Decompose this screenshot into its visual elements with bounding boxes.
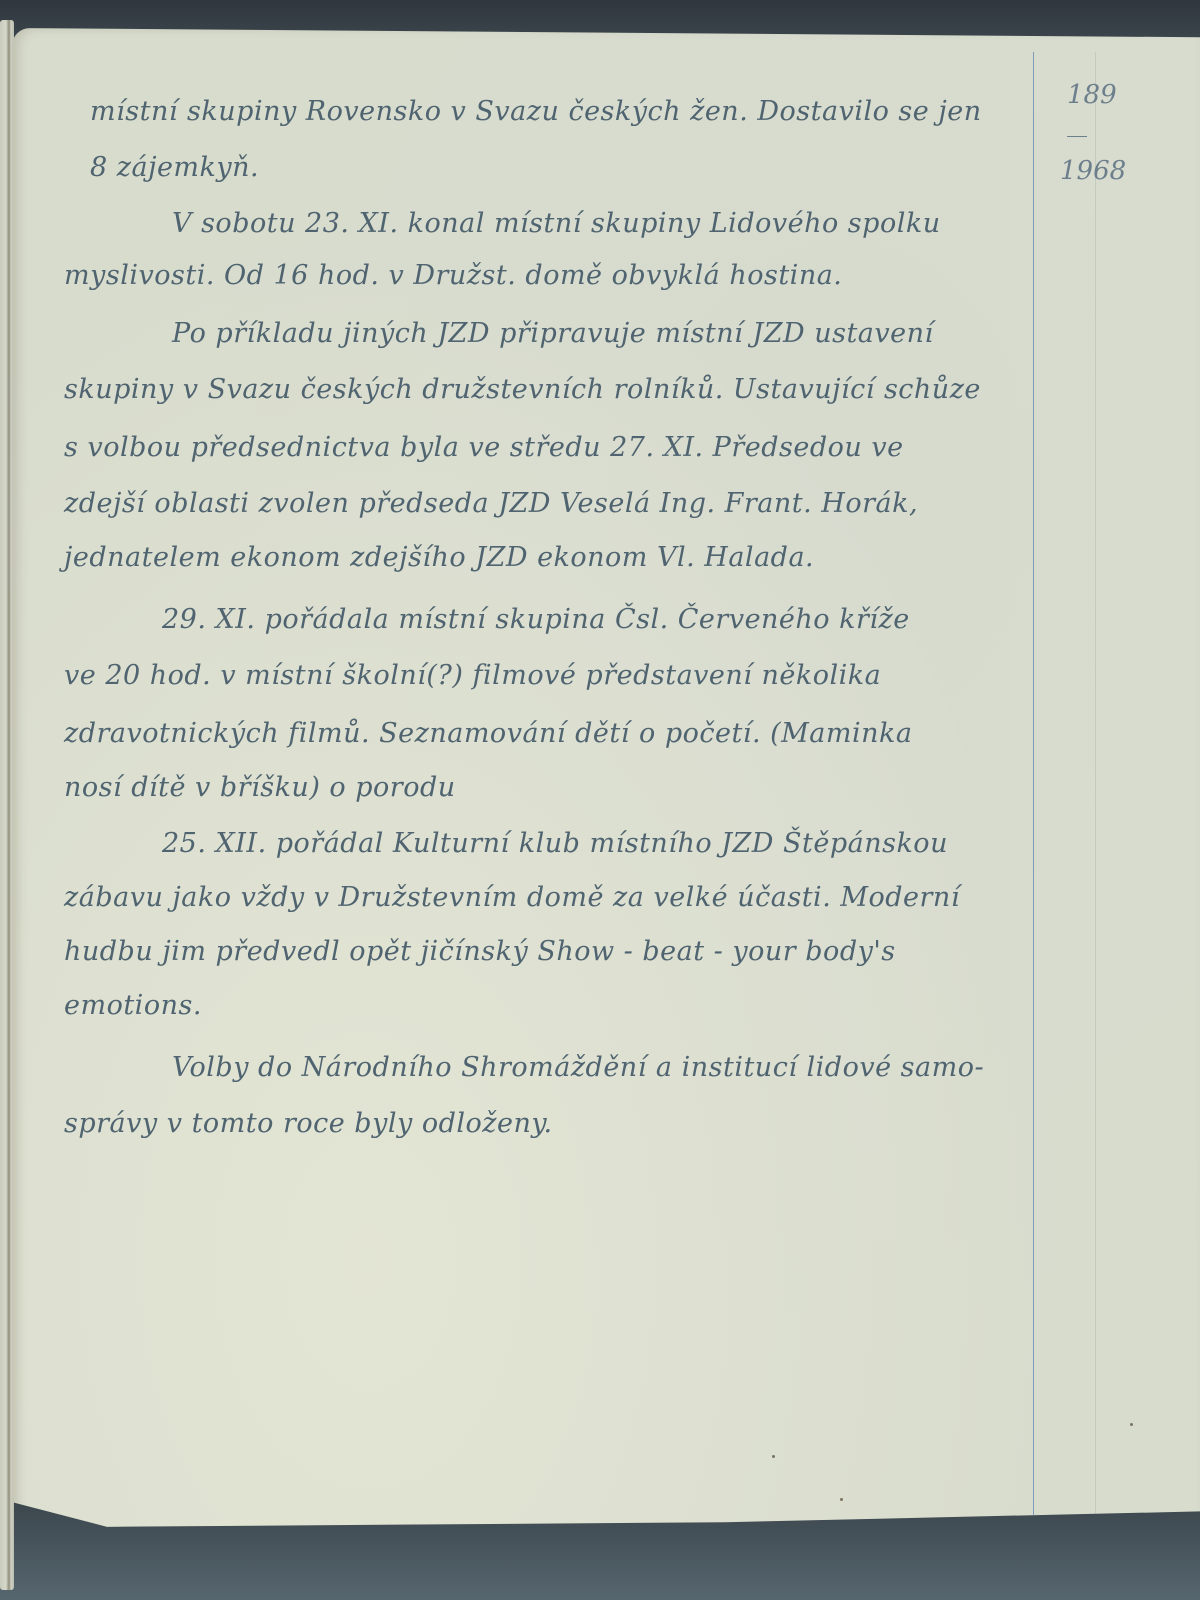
text-line-8: zdejší oblasti zvolen předseda JZD Vesel… [64, 488, 918, 519]
paper-spot [1130, 1423, 1133, 1426]
text-line-11: ve 20 hod. v místní školní(?) filmové př… [64, 660, 881, 691]
text-line-7: s volbou předsednictva byla ve středu 27… [64, 432, 904, 463]
text-line-17: emotions. [64, 990, 202, 1021]
text-line-10: 29. XI. pořádala místní skupina Čsl. Čer… [162, 604, 910, 635]
text-line-2: 8 zájemkyň. [90, 152, 259, 183]
text-line-5: Po příkladu jiných JZD připravuje místní… [172, 318, 934, 349]
text-line-1: místní skupiny Rovensko v Svazu českých … [90, 96, 982, 127]
text-line-4: myslivosti. Od 16 hod. v Družst. domě ob… [64, 260, 842, 291]
document-scan: 189 1968 místní skupiny Rovensko v Svazu… [0, 0, 1200, 1600]
text-line-14: 25. XII. pořádal Kulturní klub místního … [162, 828, 948, 859]
book-binding [0, 20, 14, 1590]
text-line-13: nosí dítě v bříšku) o porodu [64, 772, 456, 803]
text-line-15: zábavu jako vždy v Družstevním domě za v… [64, 882, 960, 913]
text-line-6: skupiny v Svazu českých družstevních rol… [64, 374, 981, 405]
margin-rule [1033, 52, 1034, 1532]
text-line-12: zdravotnických filmů. Seznamování dětí o… [64, 718, 912, 749]
chronicle-page: 189 1968 místní skupiny Rovensko v Svazu… [12, 28, 1200, 1570]
text-line-18: Volby do Národního Shromáždění a institu… [172, 1052, 984, 1083]
text-line-16: hudbu jim předvedl opět jičínský Show - … [64, 936, 896, 967]
year-note: 1968 [1060, 156, 1126, 186]
text-line-9: jednatelem ekonom zdejšího JZD ekonom Vl… [64, 542, 814, 573]
text-line-3: V sobotu 23. XI. konal místní skupiny Li… [172, 208, 941, 239]
paper-spot [840, 1498, 843, 1501]
text-line-19: správy v tomto roce byly odloženy. [64, 1108, 553, 1139]
paper-spot [772, 1455, 775, 1458]
margin-separator [1067, 136, 1087, 137]
page-number: 189 [1067, 80, 1117, 110]
faint-rule [1095, 52, 1096, 1532]
